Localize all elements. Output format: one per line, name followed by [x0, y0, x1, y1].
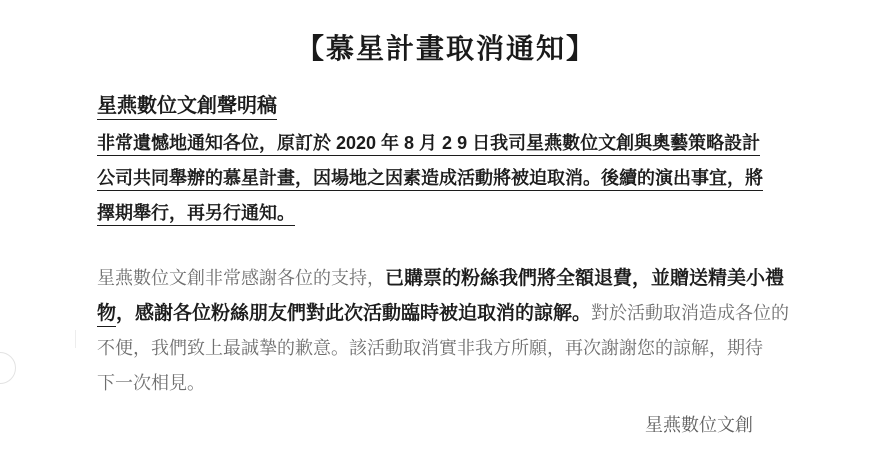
page-title: 【慕星計畫取消通知】 — [0, 27, 892, 67]
body-line: 星燕數位文創非常感謝各位的支持，已購票的粉絲我們將全額退費，並贈送精美小禮 — [97, 261, 789, 296]
body-text-emphasis: ，感謝各位粉絲朋友們對此次活動臨時被迫取消的諒解。 — [116, 303, 591, 324]
statement-line: 非常遺憾地通知各位，原訂於 2020 年 8 月 2 9 日我司星燕數位文創與奧… — [97, 126, 763, 161]
body-line: 物，感謝各位粉絲朋友們對此次活動臨時被迫取消的諒解。對於活動取消造成各位的 — [97, 296, 789, 331]
body-text-emphasis-underlined: 物 — [97, 303, 116, 327]
body-text-regular: 下一次相見。 — [97, 373, 205, 393]
body-text-regular: 對於活動取消造成各位的 — [591, 303, 789, 323]
body-text-emphasis: 已購票的粉絲我們將全額退費，並贈送精美小禮 — [385, 268, 784, 289]
body-line: 不便，我們致上最誠摯的歉意。該活動取消實非我方所願，再次謝謝您的諒解，期待 — [97, 331, 789, 366]
statement-line: 公司共同舉辦的慕星計畫，因場地之因素造成活動將被迫取消。後續的演出事宜，將 — [97, 161, 763, 196]
body-paragraph: 星燕數位文創非常感謝各位的支持，已購票的粉絲我們將全額退費，並贈送精美小禮 物，… — [97, 261, 789, 401]
statement-paragraph: 非常遺憾地通知各位，原訂於 2020 年 8 月 2 9 日我司星燕數位文創與奧… — [97, 126, 763, 231]
body-line: 下一次相見。 — [97, 366, 789, 401]
statement-line-text: 擇期舉行，再另行通知。 — [97, 203, 295, 226]
body-text-regular: 星燕數位文創非常感謝各位的支持， — [97, 268, 385, 288]
statement-line-text: 非常遺憾地通知各位，原訂於 2020 年 8 月 2 9 日我司星燕數位文創與奧… — [97, 133, 760, 156]
scan-artifact-line — [75, 330, 76, 348]
statement-heading-text: 星燕數位文創聲明稿 — [97, 95, 277, 120]
scan-artifact-circle — [0, 352, 16, 384]
statement-line-text: 公司共同舉辦的慕星計畫，因場地之因素造成活動將被迫取消。後續的演出事宜，將 — [97, 168, 763, 191]
document-page: { "page": { "background": "#ffffff" }, "… — [0, 0, 892, 467]
body-text-regular: 不便，我們致上最誠摯的歉意。該活動取消實非我方所願，再次謝謝您的諒解，期待 — [97, 338, 763, 358]
statement-heading: 星燕數位文創聲明稿 — [97, 89, 277, 118]
signature: 星燕數位文創 — [645, 411, 753, 437]
statement-line: 擇期舉行，再另行通知。 — [97, 196, 763, 231]
